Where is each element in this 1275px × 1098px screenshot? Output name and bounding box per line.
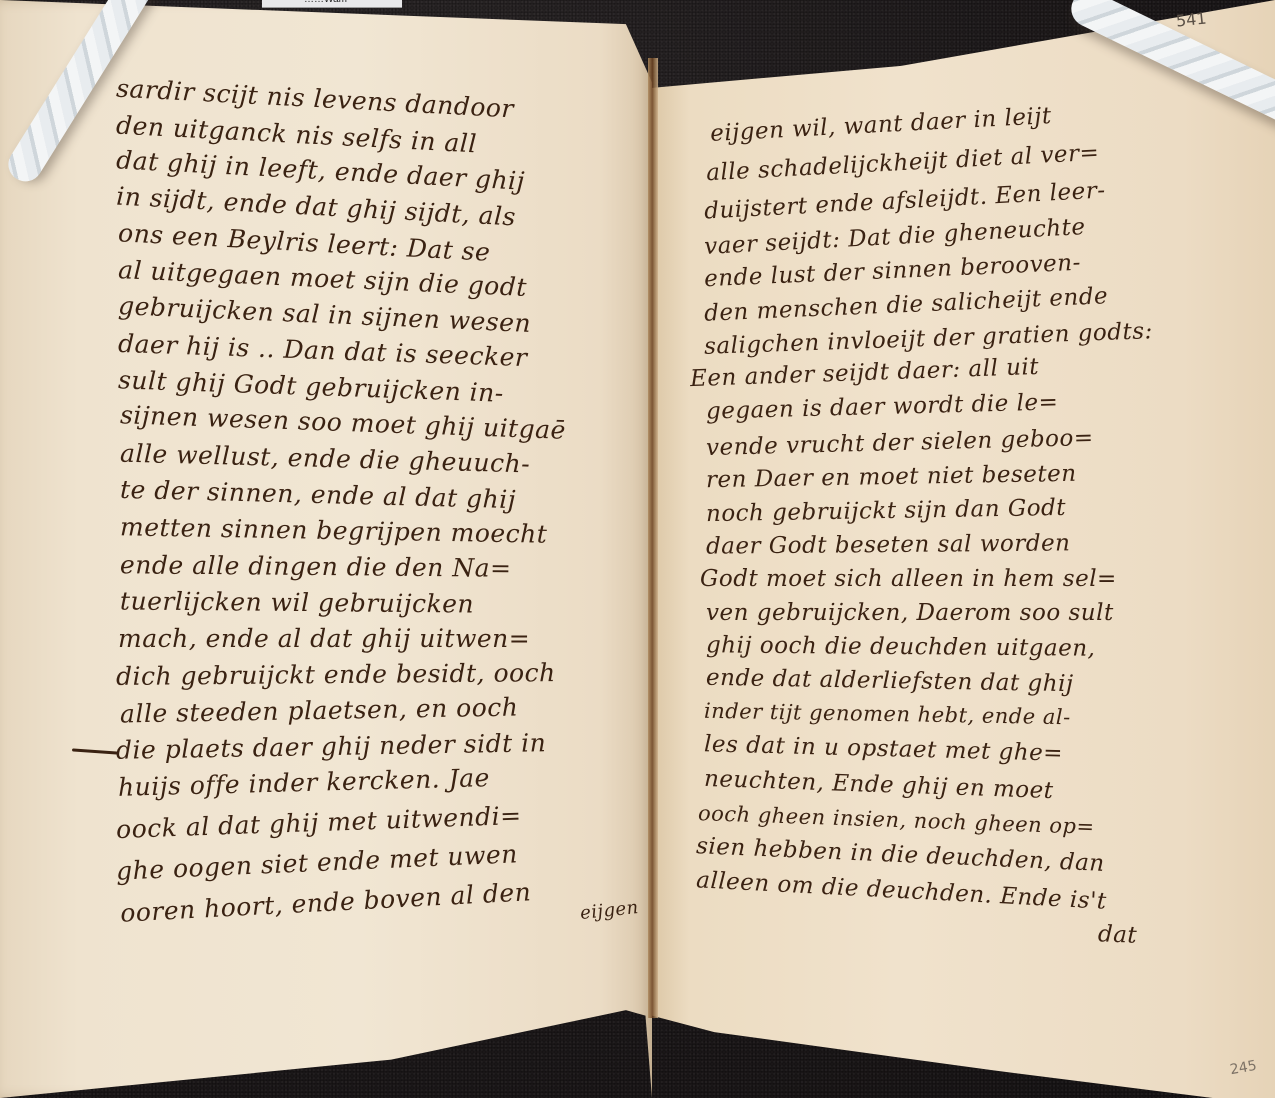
manuscript-photo: ……Wam 541 245 sardir scijt nis levens da… [0,0,1275,1098]
text-line: ven gebruijcken, Daerom soo sult [706,600,1114,626]
text-line: eijgen wil, want daer in leijt [710,103,1053,147]
text-line: les dat in u opstaet met ghe= [704,731,1064,766]
text-line: neuchten, Ende ghij en moet [704,766,1054,804]
right-page-text: eijgen wil, want daer in leijt alle scha… [0,0,1275,1098]
text-line: saligchen invloeijt der gratien godts: [704,318,1154,360]
text-line: alle schadelijckheijt diet al ver= [706,140,1100,187]
text-line: vende vrucht der sielen geboo= [706,425,1094,461]
text-line: Een ander seijdt daer: all uit [690,354,1040,392]
text-line: Godt moet sich alleen in hem sel= [700,566,1117,592]
text-line: daer Godt beseten sal worden [706,530,1071,559]
text-line: dat [1098,921,1138,948]
text-line: ghij ooch die deuchden uitgaen, [706,632,1096,661]
text-line: inder tijt genomen hebt, ende al- [704,699,1071,729]
text-line: gegaen is daer wordt die le= [706,389,1059,424]
text-line: den menschen die salicheijt ende [704,283,1109,327]
text-line: noch gebruijckt sijn dan Godt [706,495,1066,527]
text-line: ende dat alderliefsten dat ghij [706,665,1074,697]
text-line: ooch gheen insien, noch gheen op= [698,801,1095,839]
text-line: ren Daer en moet niet beseten [706,461,1077,493]
